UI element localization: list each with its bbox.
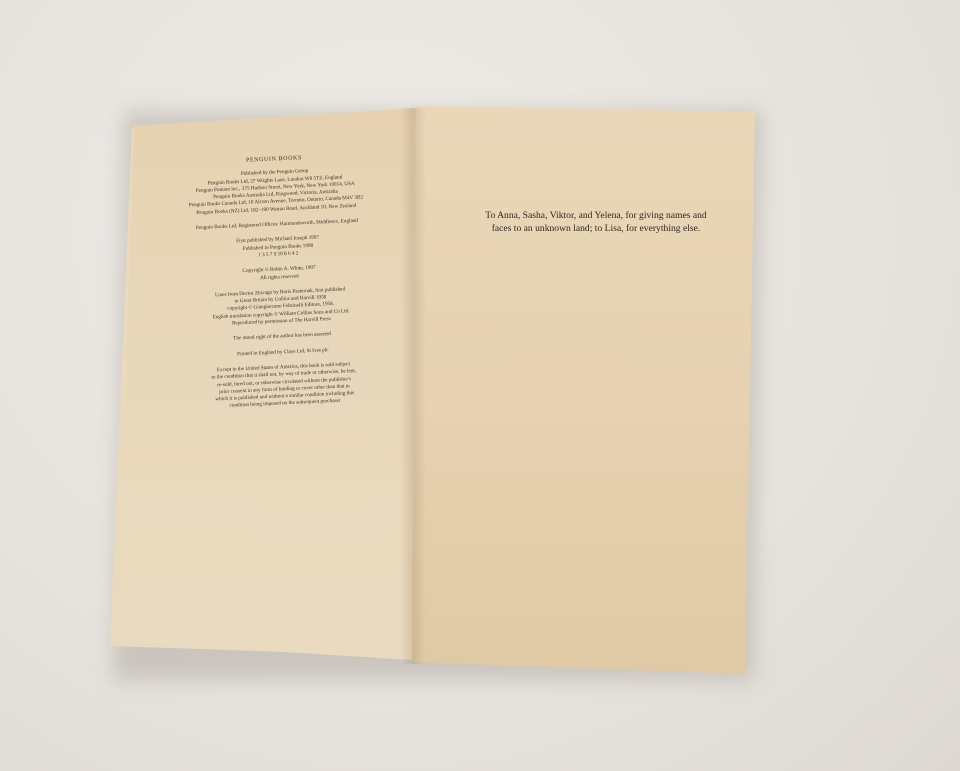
- dedication-line: To Anna, Sasha, Viktor, and Yelena, for …: [456, 209, 736, 222]
- dedication-line: faces to an unknown land; to Lisa, for e…: [456, 222, 736, 235]
- right-page: [412, 106, 756, 674]
- dedication-text: To Anna, Sasha, Viktor, and Yelena, for …: [456, 209, 736, 235]
- copyright-page-text: PENGUIN BOOKS Published by the Penguin G…: [152, 151, 407, 414]
